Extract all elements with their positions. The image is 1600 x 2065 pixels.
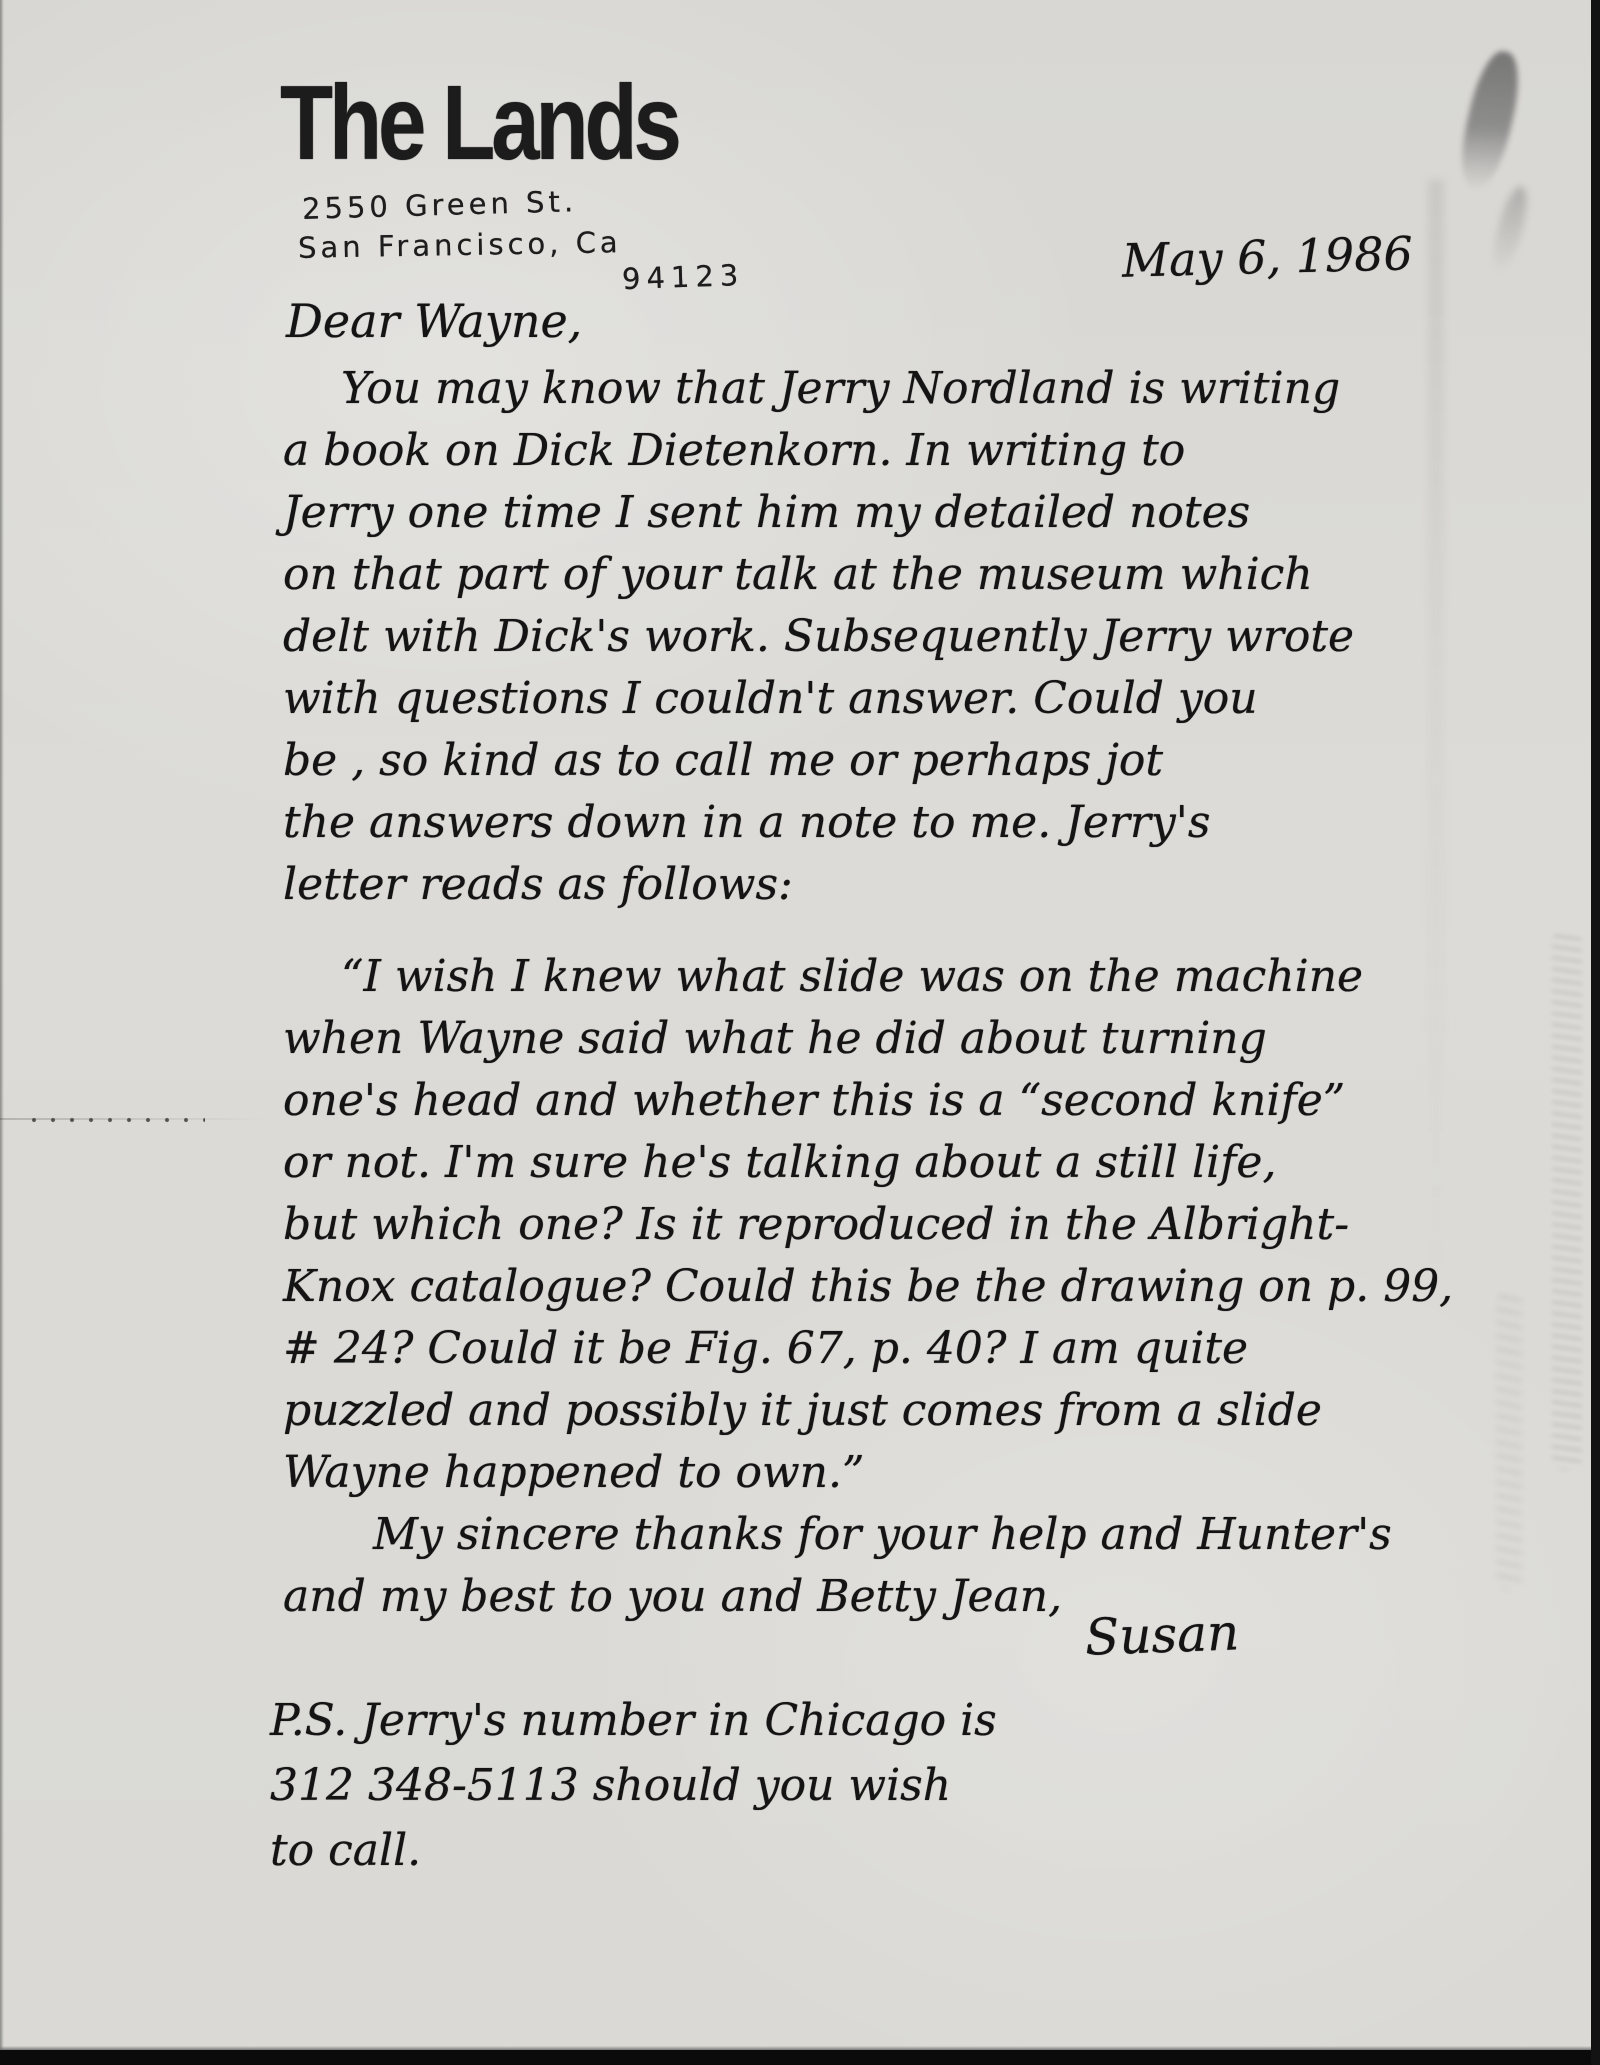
pencil-smudge-mark — [1453, 47, 1527, 193]
letter-line: a book on Dick Dietenkorn. In writing to — [283, 420, 1553, 482]
letter-line: be , so kind as to call me or perhaps jo… — [283, 730, 1553, 792]
scanned-letter-page: The Lands 2550 Green St. San Francisco, … — [0, 0, 1600, 2065]
scan-light-streak — [1428, 180, 1444, 1280]
letter-line: # 24? Could it be Fig. 67, p. 40? I am q… — [283, 1318, 1553, 1380]
letterhead-address-city: San Francisco, Ca — [298, 225, 622, 265]
letter-salutation: Dear Wayne, — [286, 294, 582, 348]
letter-line: Knox catalogue? Could this be the drawin… — [283, 1256, 1553, 1318]
scan-edge-left — [0, 0, 4, 2065]
letter-line: and my best to you and Betty Jean, — [283, 1566, 1553, 1628]
letter-line: Jerry one time I sent him my detailed no… — [283, 482, 1553, 544]
letter-postscript: P.S. Jerry's number in Chicago is 312 34… — [270, 1688, 997, 1883]
letterhead-address-street: 2550 Green St. — [302, 184, 578, 226]
letterhead-address-zip: 94123 — [621, 258, 744, 296]
scan-edge-right — [1591, 0, 1600, 2065]
letter-line: puzzled and possibly it just comes from … — [283, 1380, 1553, 1442]
letter-body: You may know that Jerry Nordland is writ… — [283, 358, 1553, 1628]
scan-streak-mark — [1552, 930, 1582, 1470]
letter-line: or not. I'm sure he's talking about a st… — [283, 1132, 1553, 1194]
letter-line: with questions I couldn't answer. Could … — [283, 668, 1553, 730]
pencil-smudge-tail — [1487, 183, 1533, 276]
letter-line: but which one? Is it reproduced in the A… — [283, 1194, 1553, 1256]
letter-line: delt with Dick's work. Subsequently Jerr… — [283, 606, 1553, 668]
crease-ink-specks — [30, 1116, 205, 1126]
scan-edge-bottom — [0, 2050, 1600, 2065]
letter-signature: Susan — [1084, 1603, 1240, 1666]
letter-line: one's head and whether this is a “second… — [283, 1070, 1553, 1132]
letter-line: You may know that Jerry Nordland is writ… — [283, 358, 1553, 420]
letter-line: “I wish I knew what slide was on the mac… — [283, 946, 1553, 1008]
letter-line: when Wayne said what he did about turnin… — [283, 1008, 1553, 1070]
letter-line: Wayne happened to own.” — [283, 1442, 1553, 1504]
letter-line: letter reads as follows: — [283, 854, 1553, 916]
letter-line: on that part of your talk at the museum … — [283, 544, 1553, 606]
letterhead-company-name: The Lands — [280, 70, 678, 176]
letter-date: May 6, 1986 — [1121, 226, 1413, 288]
ps-line: to call. — [270, 1818, 997, 1883]
letter-line: the answers down in a note to me. Jerry'… — [283, 792, 1553, 854]
ps-line: P.S. Jerry's number in Chicago is — [270, 1688, 997, 1753]
ps-line: 312 348-5113 should you wish — [270, 1753, 997, 1818]
letter-line: My sincere thanks for your help and Hunt… — [283, 1504, 1553, 1566]
scan-streak-mark — [1496, 1290, 1522, 1590]
